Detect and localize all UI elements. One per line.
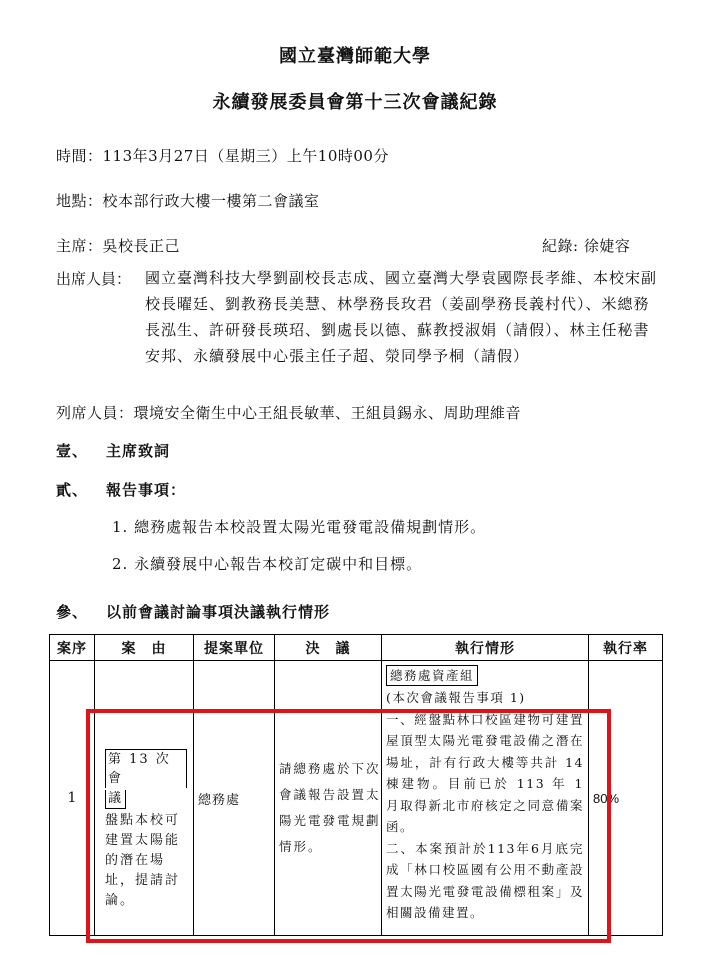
table-header-row: 案序 案 由 提案單位 決 議 執行情形 執行率 — [50, 635, 663, 661]
meeting-chair: 主席：吳校長正己 — [56, 235, 180, 256]
observers-list: 環境安全衛生中心王組長敏華、王組員錫永、周助理維音 — [134, 404, 522, 422]
institution-title: 國立臺灣師範大學 — [0, 42, 710, 68]
header-decision: 決 議 — [275, 635, 382, 661]
exec-reference: (本次會議報告事項 1) — [386, 687, 584, 709]
report-item-number: 2. — [112, 555, 128, 573]
section-number: 參、 — [56, 601, 106, 622]
meeting-title: 永續發展委員會第十三次會議紀錄 — [0, 88, 710, 114]
cell-execution: 總務處資產組 (本次會議報告事項 1) 一、經盤點林口校區建物可建置屋頂型太陽光… — [382, 661, 589, 936]
recorder-value: 徐婕容 — [584, 237, 631, 255]
section-number: 壹、 — [56, 440, 106, 461]
meeting-recorder: 紀錄: 徐婕容 — [542, 235, 630, 256]
table-row: 1 第 13 次會 議 盤點本校可建置太陽能的潛在場址，提請討論。 總務處 請總… — [50, 661, 663, 936]
cell-case-no: 1 — [50, 661, 95, 936]
report-item-2: 2. 永續發展中心報告本校訂定碳中和目標。 — [112, 553, 422, 574]
section-chair-speech: 壹、主席致詞 — [56, 440, 170, 461]
exec-unit-tag: 總務處資產組 — [386, 665, 478, 686]
observers: 列席人員：環境安全衛生中心王組長敏華、王組員錫永、周助理維音 — [56, 402, 521, 423]
section-reports: 貳、報告事項： — [56, 479, 186, 500]
exec-item-1: 一、經盤點林口校區建物可建置屋頂型太陽光電發電設備之潛在場址，計有行政大樓等共計… — [386, 709, 584, 838]
meeting-place: 地點：校本部行政大樓一樓第二會議室 — [56, 190, 320, 211]
cell-unit: 總務處 — [194, 661, 275, 936]
section-title: 主席致詞 — [106, 442, 170, 460]
time-label: 時間： — [56, 147, 103, 165]
exec-item-2: 二、本案預計於113年6月底完成「林口校區國有公用不動產設置太陽光電發電設備標租… — [386, 838, 584, 924]
unit-text: 總務處 — [194, 789, 274, 808]
section-title: 報告事項： — [106, 481, 186, 499]
cell-rate: 80% — [589, 661, 663, 936]
recorder-label: 紀錄: — [542, 237, 579, 255]
section-title: 以前會議討論事項決議執行情形 — [106, 603, 330, 621]
report-item-1: 1. 總務處報告本校設置太陽光電發電設備規劃情形。 — [112, 516, 486, 537]
cell-reason: 第 13 次會 議 盤點本校可建置太陽能的潛在場址，提請討論。 — [95, 661, 194, 936]
cell-decision: 請總務處於下次會議報告設置太陽光電發電規劃情形。 — [275, 661, 382, 936]
header-case-no: 案序 — [50, 635, 95, 661]
header-reason: 案 由 — [95, 635, 194, 661]
report-item-text: 永續發展中心報告本校訂定碳中和目標。 — [134, 555, 422, 573]
chair-label: 主席： — [56, 237, 103, 255]
attendees-label: 出席人員： — [56, 268, 131, 289]
reason-tag-line1: 第 13 次會 — [105, 749, 187, 788]
section-previous-resolutions: 參、以前會議討論事項決議執行情形 — [56, 601, 330, 622]
report-item-text: 總務處報告本校設置太陽光電發電設備規劃情形。 — [134, 518, 486, 536]
header-unit: 提案單位 — [194, 635, 275, 661]
reason-tag-line2: 議 — [105, 790, 126, 809]
meeting-time: 時間：113年3月27日（星期三）上午10時00分 — [56, 145, 389, 166]
place-label: 地點： — [56, 192, 103, 210]
chair-value: 吳校長正己 — [103, 237, 181, 255]
decision-text: 請總務處於下次會議報告設置太陽光電發電規劃情形。 — [275, 756, 381, 860]
attendees-list: 國立臺灣科技大學劉副校長志成、國立臺灣大學袁國際長孝維、本校宋副校長曜廷、劉教務… — [145, 265, 665, 369]
place-value: 校本部行政大樓一樓第二會議室 — [103, 192, 320, 210]
time-value: 113年3月27日（星期三）上午10時00分 — [103, 147, 389, 165]
rate-value: 80% — [589, 791, 662, 806]
resolution-table: 案序 案 由 提案單位 決 議 執行情形 執行率 1 第 13 次會 議 盤點本… — [49, 634, 663, 936]
section-number: 貳、 — [56, 479, 106, 500]
header-rate: 執行率 — [589, 635, 663, 661]
header-execution: 執行情形 — [382, 635, 589, 661]
reason-text: 盤點本校可建置太陽能的潛在場址，提請討論。 — [105, 811, 187, 911]
report-item-number: 1. — [112, 518, 128, 536]
observers-label: 列席人員： — [56, 404, 134, 422]
